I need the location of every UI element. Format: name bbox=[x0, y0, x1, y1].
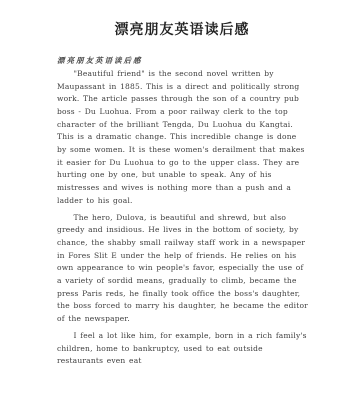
paragraph: The hero, Dulova, is beautiful and shrew… bbox=[57, 212, 309, 326]
document-subtitle: 漂亮朋友英语读后感 bbox=[57, 55, 364, 66]
document-page: 漂亮朋友英语读后感 漂亮朋友英语读后感 "Beautiful friend" i… bbox=[0, 0, 364, 400]
paragraph: I feel a lot like him, for example, born… bbox=[57, 330, 309, 368]
document-body: "Beautiful friend" is the second novel w… bbox=[57, 68, 309, 368]
paragraph: "Beautiful friend" is the second novel w… bbox=[57, 68, 309, 208]
document-title: 漂亮朋友英语读后感 bbox=[0, 0, 364, 38]
